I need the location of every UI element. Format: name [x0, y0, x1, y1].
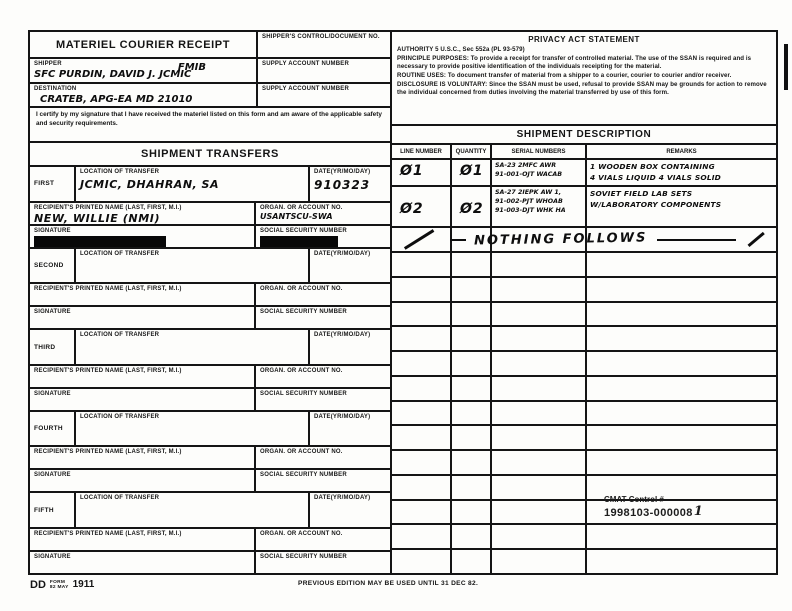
organ-cell: ORGAN. OR ACCOUNT NO.	[256, 284, 390, 305]
transfer-location-row: FOURTH LOCATION OF TRANSFER DATE(YR/MO/D…	[30, 412, 390, 446]
ssn-redaction-bar	[260, 236, 338, 247]
shipment-row-empty	[392, 278, 776, 303]
privacy-authority: AUTHORITY 5 U.S.C., Sec 552a (PL 93-579)	[397, 46, 771, 54]
serial-numbers-value: SA-23 2MFC AWR 91-001-OJT WACAB	[492, 160, 587, 185]
shipment-row-empty	[392, 303, 776, 328]
serial-numbers-value: SA-27 2IEPK AW 1, 91-002-PJT WHOAB 91-00…	[492, 187, 587, 226]
ordinal-label: THIRD	[30, 330, 76, 364]
transfer-section-second: SECOND LOCATION OF TRANSFER DATE(YR/MO/D…	[30, 249, 390, 331]
recipient-name-cell: RECIPIENT'S PRINTED NAME (LAST, FIRST, M…	[30, 447, 256, 468]
form-number: 1911	[73, 579, 95, 590]
date-label: DATE(YR/MO/DAY)	[314, 251, 386, 258]
organ-cell: ORGAN. OR ACCOUNT NO.	[256, 529, 390, 550]
form-title: MATERIEL COURIER RECEIPT	[56, 39, 230, 51]
shipment-row-empty	[392, 476, 776, 501]
transfer-section-first: FIRST LOCATION OF TRANSFER JCMIC, DHAHRA…	[30, 167, 390, 249]
quantity-empty-cell	[452, 228, 492, 251]
ssn-label: SOCIAL SECURITY NUMBER	[260, 228, 386, 235]
supply-account-cell-2: SUPPLY ACCOUNT NUMBER	[258, 84, 390, 106]
dd-prefix: DD	[30, 579, 46, 591]
signature-cell: SIGNATURE	[30, 226, 256, 247]
cmat-control-label: CMAT Control #	[604, 495, 703, 504]
cmat-number-suffix-handwriting: 1	[694, 504, 703, 519]
ordinal-label: SECOND	[30, 249, 76, 283]
signature-label: SIGNATURE	[34, 554, 250, 561]
date-label: DATE(YR/MO/DAY)	[314, 495, 386, 502]
supply-account-label-2: SUPPLY ACCOUNT NUMBER	[262, 86, 386, 93]
form-date: 82 MAY	[50, 585, 69, 590]
privacy-act-statement: PRIVACY ACT STATEMENT AUTHORITY 5 U.S.C.…	[392, 32, 776, 126]
shipment-row-empty	[392, 402, 776, 427]
transfer-name-row: RECIPIENT'S PRINTED NAME (LAST, FIRST, M…	[30, 445, 390, 468]
location-cell: LOCATION OF TRANSFER	[76, 249, 310, 283]
quantity-value: Ø1	[452, 160, 492, 185]
signature-label: SIGNATURE	[34, 309, 250, 316]
shipment-description-title: SHIPMENT DESCRIPTION	[517, 129, 652, 140]
form-title-cell: MATERIEL COURIER RECEIPT	[30, 32, 258, 57]
shipment-row-empty	[392, 550, 776, 573]
col-serial-numbers: SERIAL NUMBERS	[492, 145, 587, 158]
ssn-cell: SOCIAL SECURITY NUMBER	[256, 552, 390, 573]
remarks-value: 1 WOODEN BOX CONTAINING 4 VIALS LIQUID 4…	[587, 160, 776, 185]
shipment-row-empty	[392, 426, 776, 451]
recipient-name-cell: RECIPIENT'S PRINTED NAME (LAST, FIRST, M…	[30, 366, 256, 387]
shipper-row: SHIPPER FMIB SFC PURDIN, DAVID J. JCMIC …	[30, 59, 390, 84]
shippers-control-label: SHIPPER'S CONTROL/DOCUMENT NO.	[262, 34, 386, 41]
location-cell: LOCATION OF TRANSFER	[76, 493, 310, 527]
location-label: LOCATION OF TRANSFER	[80, 169, 304, 176]
shipment-row-empty	[392, 377, 776, 402]
organ-label: ORGAN. OR ACCOUNT NO.	[260, 286, 386, 293]
destination-value-handwriting: CRATEB, APG-EA MD 21010	[34, 94, 252, 105]
transfer-name-row: RECIPIENT'S PRINTED NAME (LAST, FIRST, M…	[30, 282, 390, 305]
shipment-description-body: Ø1 Ø1 SA-23 2MFC AWR 91-001-OJT WACAB 1 …	[392, 160, 776, 573]
location-label: LOCATION OF TRANSFER	[80, 414, 304, 421]
ssn-label: SOCIAL SECURITY NUMBER	[260, 391, 386, 398]
destination-row: DESTINATION CRATEB, APG-EA MD 21010 SUPP…	[30, 84, 390, 108]
privacy-principle: PRINCIPLE PURPOSES: To provide a receipt…	[397, 55, 771, 71]
date-label: DATE(YR/MO/DAY)	[314, 332, 386, 339]
ssn-label: SOCIAL SECURITY NUMBER	[260, 472, 386, 479]
transfer-name-row: RECIPIENT'S PRINTED NAME (LAST, FIRST, M…	[30, 364, 390, 387]
shipment-row-empty	[392, 352, 776, 377]
right-pane: PRIVACY ACT STATEMENT AUTHORITY 5 U.S.C.…	[392, 30, 778, 575]
shipment-row-empty	[392, 253, 776, 278]
transfer-location-row: FIRST LOCATION OF TRANSFER JCMIC, DHAHRA…	[30, 167, 390, 201]
destination-cell: DESTINATION CRATEB, APG-EA MD 21010	[30, 84, 258, 106]
date-cell: DATE(YR/MO/DAY)	[310, 412, 390, 446]
transfer-section-fifth: FIFTH LOCATION OF TRANSFER DATE(YR/MO/DA…	[30, 493, 390, 573]
location-label: LOCATION OF TRANSFER	[80, 495, 304, 502]
quantity-value: Ø2	[452, 187, 492, 226]
signature-cell: SIGNATURE	[30, 307, 256, 328]
supply-account-label-1: SUPPLY ACCOUNT NUMBER	[262, 61, 386, 68]
recipient-name-cell: RECIPIENT'S PRINTED NAME (LAST, FIRST, M…	[30, 284, 256, 305]
transfer-location-row: FIFTH LOCATION OF TRANSFER DATE(YR/MO/DA…	[30, 493, 390, 527]
location-cell: LOCATION OF TRANSFER	[76, 330, 310, 364]
organ-cell: ORGAN. OR ACCOUNT NO.	[256, 366, 390, 387]
line-number-value: Ø2	[392, 187, 452, 226]
cmat-number-printed: 1998103-000008	[604, 507, 693, 519]
remarks-value: SOVIET FIELD LAB SETS W/LABORATORY COMPO…	[587, 187, 776, 226]
shipment-transfers-title: SHIPMENT TRANSFERS	[30, 148, 390, 160]
ssn-label: SOCIAL SECURITY NUMBER	[260, 309, 386, 316]
certify-text: I certify by my signature that I have re…	[30, 108, 390, 141]
col-quantity: QUANTITY	[452, 145, 492, 158]
transfer-signature-row: SIGNATURE SOCIAL SECURITY NUMBER	[30, 224, 390, 247]
shippers-control-cell: SHIPPER'S CONTROL/DOCUMENT NO.	[258, 32, 390, 57]
organ-label: ORGAN. OR ACCOUNT NO.	[260, 368, 386, 375]
transfer-signature-row: SIGNATURE SOCIAL SECURITY NUMBER	[30, 305, 390, 328]
signature-cell: SIGNATURE	[30, 389, 256, 410]
supply-account-cell-1: SUPPLY ACCOUNT NUMBER	[258, 59, 390, 82]
shipper-note-handwriting: FMIB	[178, 62, 206, 73]
scan-artifact	[784, 44, 788, 90]
signature-cell: SIGNATURE	[30, 552, 256, 573]
location-label: LOCATION OF TRANSFER	[80, 251, 304, 258]
date-cell: DATE(YR/MO/DAY)	[310, 330, 390, 364]
organ-cell: ORGAN. OR ACCOUNT NO.	[256, 447, 390, 468]
shipper-cell: SHIPPER FMIB SFC PURDIN, DAVID J. JCMIC	[30, 59, 258, 82]
recipient-label: RECIPIENT'S PRINTED NAME (LAST, FIRST, M…	[34, 531, 250, 538]
transfer-section-fourth: FOURTH LOCATION OF TRANSFER DATE(YR/MO/D…	[30, 412, 390, 494]
transfer-signature-row: SIGNATURE SOCIAL SECURITY NUMBER	[30, 387, 390, 410]
header-row: MATERIEL COURIER RECEIPT SHIPPER'S CONTR…	[30, 32, 390, 59]
shipment-row-1: Ø1 Ø1 SA-23 2MFC AWR 91-001-OJT WACAB 1 …	[392, 160, 776, 187]
recipient-name-cell: RECIPIENT'S PRINTED NAME (LAST, FIRST, M…	[30, 529, 256, 550]
shipment-row-empty	[392, 327, 776, 352]
organ-value-handwriting: USANTSCU-SWA	[260, 212, 386, 221]
organ-cell: ORGAN. OR ACCOUNT NO. USANTSCU-SWA	[256, 203, 390, 224]
col-line-number: LINE NUMBER	[392, 145, 452, 158]
date-cell: DATE(YR/MO/DAY) 910323	[310, 167, 390, 201]
shipment-row-empty	[392, 501, 776, 526]
location-value-handwriting: JCMIC, DHAHRAN, SA	[80, 178, 304, 191]
signature-redaction-bar	[34, 236, 166, 247]
ssn-cell: SOCIAL SECURITY NUMBER	[256, 389, 390, 410]
organ-label: ORGAN. OR ACCOUNT NO.	[260, 205, 386, 212]
ordinal-label: FIFTH	[30, 493, 76, 527]
transfer-section-third: THIRD LOCATION OF TRANSFER DATE(YR/MO/DA…	[30, 330, 390, 412]
organ-label: ORGAN. OR ACCOUNT NO.	[260, 531, 386, 538]
privacy-title: PRIVACY ACT STATEMENT	[397, 35, 771, 44]
shipment-row-nothing-follows: NOTHING FOLLOWS	[392, 228, 776, 253]
recipient-label: RECIPIENT'S PRINTED NAME (LAST, FIRST, M…	[34, 449, 250, 456]
transfer-signature-row: SIGNATURE SOCIAL SECURITY NUMBER	[30, 550, 390, 573]
transfer-location-row: SECOND LOCATION OF TRANSFER DATE(YR/MO/D…	[30, 249, 390, 283]
ssn-cell: SOCIAL SECURITY NUMBER	[256, 307, 390, 328]
transfer-signature-row: SIGNATURE SOCIAL SECURITY NUMBER	[30, 468, 390, 491]
shipper-label: SHIPPER	[34, 61, 252, 68]
recipient-label: RECIPIENT'S PRINTED NAME (LAST, FIRST, M…	[34, 205, 250, 212]
shipper-value-handwriting: SFC PURDIN, DAVID J. JCMIC	[34, 69, 252, 80]
edition-note: PREVIOUS EDITION MAY BE USED UNTIL 31 DE…	[298, 580, 478, 587]
form-word-stack: FORM 82 MAY	[50, 579, 69, 591]
line-number-value: Ø1	[392, 160, 452, 185]
date-value-handwriting: 910323	[314, 178, 386, 192]
signature-cell: SIGNATURE	[30, 470, 256, 491]
shipment-row-empty	[392, 451, 776, 476]
location-cell: LOCATION OF TRANSFER	[76, 412, 310, 446]
shipment-row-empty	[392, 525, 776, 550]
ssn-cell: SOCIAL SECURITY NUMBER	[256, 470, 390, 491]
transfer-sections: FIRST LOCATION OF TRANSFER JCMIC, DHAHRA…	[30, 167, 390, 573]
signature-label: SIGNATURE	[34, 472, 250, 479]
privacy-disclosure: DISCLOSURE IS VOLUNTARY: Since the SSAN …	[397, 81, 771, 97]
serial-empty-cell	[492, 228, 587, 251]
location-label: LOCATION OF TRANSFER	[80, 332, 304, 339]
ssn-label: SOCIAL SECURITY NUMBER	[260, 554, 386, 561]
date-cell: DATE(YR/MO/DAY)	[310, 493, 390, 527]
date-cell: DATE(YR/MO/DAY)	[310, 249, 390, 283]
shipment-row-2: Ø2 Ø2 SA-27 2IEPK AW 1, 91-002-PJT WHOAB…	[392, 187, 776, 228]
privacy-routine: ROUTINE USES: To document transfer of ma…	[397, 72, 771, 80]
form-number-footer: DD FORM 82 MAY 1911	[30, 579, 94, 591]
recipient-label: RECIPIENT'S PRINTED NAME (LAST, FIRST, M…	[34, 368, 250, 375]
shipment-description-header: SHIPMENT DESCRIPTION	[392, 126, 776, 145]
recipient-name-cell: RECIPIENT'S PRINTED NAME (LAST, FIRST, M…	[30, 203, 256, 224]
cmat-control-stamp: CMAT Control # 1998103-000008 1	[604, 495, 703, 519]
left-pane: MATERIEL COURIER RECEIPT SHIPPER'S CONTR…	[28, 30, 392, 575]
transfer-name-row: RECIPIENT'S PRINTED NAME (LAST, FIRST, M…	[30, 527, 390, 550]
destination-label: DESTINATION	[34, 86, 252, 93]
transfer-name-row: RECIPIENT'S PRINTED NAME (LAST, FIRST, M…	[30, 201, 390, 224]
certify-row: I certify by my signature that I have re…	[30, 108, 390, 143]
shipment-transfers-header: SHIPMENT TRANSFERS	[30, 143, 390, 167]
shipment-description-columns: LINE NUMBER QUANTITY SERIAL NUMBERS REMA…	[392, 145, 776, 160]
scanned-dd-form-1911: MATERIEL COURIER RECEIPT SHIPPER'S CONTR…	[0, 0, 792, 611]
ordinal-label: FOURTH	[30, 412, 76, 446]
ordinal-label: FIRST	[30, 167, 76, 201]
date-label: DATE(YR/MO/DAY)	[314, 414, 386, 421]
form-body: MATERIEL COURIER RECEIPT SHIPPER'S CONTR…	[28, 30, 778, 575]
col-remarks: REMARKS	[587, 145, 776, 158]
cmat-control-number: 1998103-000008 1	[604, 504, 703, 519]
recipient-label: RECIPIENT'S PRINTED NAME (LAST, FIRST, M…	[34, 286, 250, 293]
location-cell: LOCATION OF TRANSFER JCMIC, DHAHRAN, SA	[76, 167, 310, 201]
signature-label: SIGNATURE	[34, 228, 250, 235]
transfer-location-row: THIRD LOCATION OF TRANSFER DATE(YR/MO/DA…	[30, 330, 390, 364]
organ-label: ORGAN. OR ACCOUNT NO.	[260, 449, 386, 456]
remarks-empty-cell	[587, 228, 776, 251]
date-label: DATE(YR/MO/DAY)	[314, 169, 386, 176]
recipient-value-handwriting: NEW, WILLIE (NMI)	[34, 212, 250, 224]
signature-label: SIGNATURE	[34, 391, 250, 398]
line-number-empty-cell	[392, 228, 452, 251]
ssn-cell: SOCIAL SECURITY NUMBER	[256, 226, 390, 247]
